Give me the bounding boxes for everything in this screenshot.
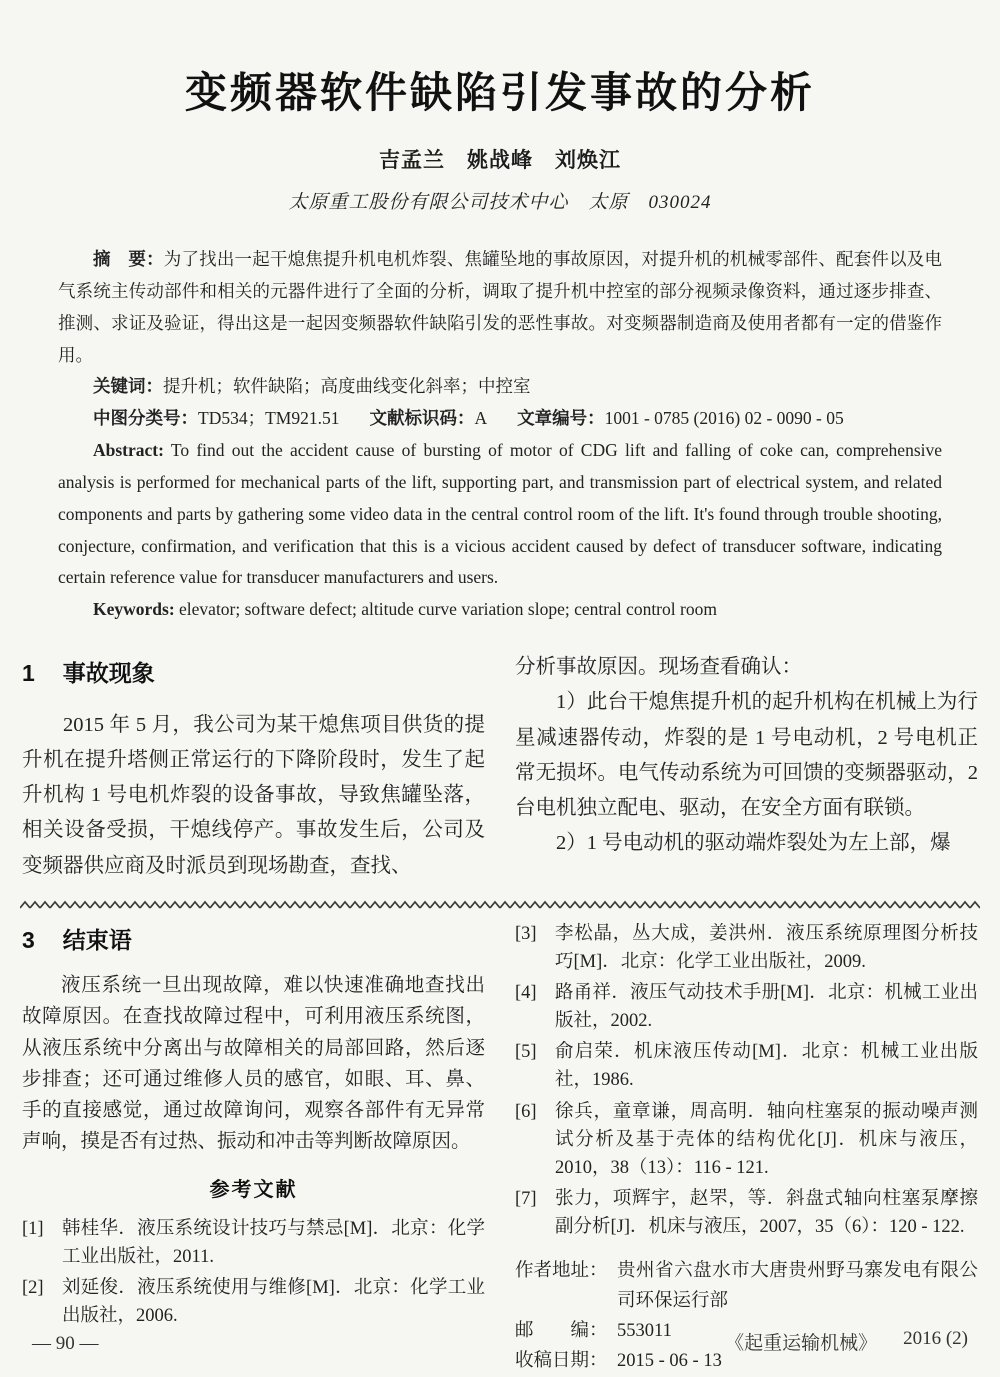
en-abstract-text: To find out the accident cause of bursti…	[58, 440, 942, 587]
en-keywords-text: elevator; software defect; altitude curv…	[179, 599, 717, 619]
reference-item: [3] 李松晶，丛大成，姜洪州．液压系统原理图分析技巧[M]．北京：化学工业出版…	[515, 920, 978, 976]
journal-page: 变频器软件缺陷引发事故的分析 吉孟兰 姚战峰 刘焕江 太原重工股份有限公司技术中…	[0, 0, 1000, 1377]
reference-text: 俞启荣．机床液压传动[M]．北京：机械工业出版社，1986.	[555, 1038, 978, 1094]
section-3-title: 结束语	[63, 922, 132, 958]
section-1-paragraph: 2015 年 5 月，我公司为某干熄焦项目供货的提升机在提升塔侧正常运行的下降阶…	[22, 708, 485, 884]
reference-item: [1] 韩桂华．液压系统设计技巧与禁忌[M]．北京：化学工业出版社，2011.	[22, 1215, 485, 1271]
continued-paragraph: 分析事故原因。现场查看确认：	[515, 650, 978, 685]
journal-issue-number: 2016 (2)	[903, 1328, 968, 1355]
keywords-text: 提升机；软件缺陷；高度曲线变化斜率；中控室	[163, 376, 531, 396]
article-title: 变频器软件缺陷引发事故的分析	[0, 0, 1000, 120]
reference-text: 徐兵，童章谦，周高明．轴向柱塞泵的振动噪声测试分析及基于壳体的结构优化[J]．机…	[555, 1098, 978, 1182]
reference-number: [4]	[515, 979, 555, 1035]
reference-number: [2]	[22, 1274, 62, 1330]
reference-number: [6]	[515, 1098, 555, 1182]
page-number: — 90 —	[32, 1333, 99, 1355]
section-1-number: 1	[22, 654, 35, 694]
journal-issue: 《起重运输机械》 2016 (2)	[725, 1328, 968, 1355]
article-no-label: 文章编号：	[517, 408, 605, 428]
lower-left-column: 3 结束语 液压系统一旦出现故障，难以快速准确地查找出故障原因。在查找故障过程中…	[22, 920, 485, 1377]
en-keywords-paragraph: Keywords: elevator; software defect; alt…	[58, 594, 942, 626]
upper-two-column-body: 1 事故现象 2015 年 5 月，我公司为某干熄焦项目供货的提升机在提升塔侧正…	[22, 650, 978, 884]
author-info-block: 作者地址： 贵州省六盘水市大唐贵州野马寨发电有限公司环保运行部 邮 编： 553…	[515, 1257, 978, 1377]
reference-text: 张力，项辉宇，赵罘，等．斜盘式轴向柱塞泵摩擦副分析[J]．机床与液压，2007，…	[555, 1185, 978, 1241]
keywords-paragraph: 关键词：提升机；软件缺陷；高度曲线变化斜率；中控室	[58, 371, 942, 403]
reference-item: [7] 张力，项辉宇，赵罘，等．斜盘式轴向柱塞泵摩擦副分析[J]．机床与液压，2…	[515, 1185, 978, 1241]
section-3-heading: 3 结束语	[22, 922, 485, 958]
reference-number: [1]	[22, 1215, 62, 1271]
author-address-value: 贵州省六盘水市大唐贵州野马寨发电有限公司环保运行部	[617, 1257, 978, 1317]
section-3-number: 3	[22, 922, 35, 958]
en-abstract-paragraph: Abstract: To find out the accident cause…	[58, 435, 942, 594]
reference-item: [4] 路甬祥．液压气动技术手册[M]．北京：机械工业出版社，2002.	[515, 979, 978, 1035]
finding-item-2: 2）1 号电动机的驱动端炸裂处为左上部，爆	[515, 826, 978, 861]
author-address-label: 作者地址：	[515, 1257, 617, 1317]
doc-code-label: 文献标识码：	[369, 408, 474, 428]
upper-left-column: 1 事故现象 2015 年 5 月，我公司为某干熄焦项目供货的提升机在提升塔侧正…	[22, 650, 485, 884]
lower-right-column: [3] 李松晶，丛大成，姜洪州．液压系统原理图分析技巧[M]．北京：化学工业出版…	[515, 920, 978, 1377]
reference-text: 路甬祥．液压气动技术手册[M]．北京：机械工业出版社，2002.	[555, 979, 978, 1035]
reference-text: 刘延俊．液压系统使用与维修[M]．北京：化学工业出版社，2006.	[62, 1274, 485, 1330]
abstract-paragraph: 摘 要：为了找出一起干熄焦提升机电机炸裂、焦罐坠地的事故原因，对提升机的机械零部…	[58, 244, 942, 371]
en-keywords-label: Keywords:	[93, 599, 175, 619]
abstract-text: 为了找出一起干熄焦提升机电机炸裂、焦罐坠地的事故原因，对提升机的机械零部件、配套…	[58, 249, 942, 365]
lower-two-column-body: 3 结束语 液压系统一旦出现故障，难以快速准确地查找出故障原因。在查找故障过程中…	[22, 920, 978, 1377]
reference-item: [2] 刘延俊．液压系统使用与维修[M]．北京：化学工业出版社，2006.	[22, 1274, 485, 1330]
reference-item: [6] 徐兵，童章谦，周高明．轴向柱塞泵的振动噪声测试分析及基于壳体的结构优化[…	[515, 1098, 978, 1182]
affiliation-line: 太原重工股份有限公司技术中心 太原 030024	[0, 187, 1000, 214]
en-abstract-label: Abstract:	[93, 440, 164, 460]
page-footer: — 90 — 《起重运输机械》 2016 (2)	[32, 1328, 968, 1355]
classification-line: 中图分类号：TD534；TM921.51文献标识码：A文章编号：1001 - 0…	[58, 403, 942, 435]
clc-value: TD534；TM921.51	[198, 408, 339, 428]
reference-number: [3]	[515, 920, 555, 976]
reference-item: [5] 俞启荣．机床液压传动[M]．北京：机械工业出版社，1986.	[515, 1038, 978, 1094]
upper-right-column: 分析事故原因。现场查看确认： 1）此台干熄焦提升机的起升机构在机械上为行星减速器…	[515, 650, 978, 884]
authors-line: 吉孟兰 姚战峰 刘焕江	[0, 144, 1000, 174]
section-3-paragraph: 液压系统一旦出现故障，难以快速准确地查找出故障原因。在查找故障过程中，可利用液压…	[22, 970, 485, 1157]
reference-text: 韩桂华．液压系统设计技巧与禁忌[M]．北京：化学工业出版社，2011.	[62, 1215, 485, 1271]
section-1-heading: 1 事故现象	[22, 654, 485, 694]
abstract-label: 摘 要：	[93, 249, 164, 269]
reference-text: 李松晶，丛大成，姜洪州．液压系统原理图分析技巧[M]．北京：化学工业出版社，20…	[555, 920, 978, 976]
meta-block: 摘 要：为了找出一起干熄焦提升机电机炸裂、焦罐坠地的事故原因，对提升机的机械零部…	[58, 244, 942, 626]
zigzag-divider	[20, 900, 980, 910]
reference-number: [5]	[515, 1038, 555, 1094]
clc-label: 中图分类号：	[93, 408, 198, 428]
section-1-title: 事故现象	[63, 654, 155, 694]
finding-item-1: 1）此台干熄焦提升机的起升机构在机械上为行星减速器传动，炸裂的是 1 号电动机，…	[515, 685, 978, 826]
author-address-row: 作者地址： 贵州省六盘水市大唐贵州野马寨发电有限公司环保运行部	[515, 1257, 978, 1317]
references-heading: 参考文献	[22, 1175, 485, 1207]
journal-name: 《起重运输机械》	[725, 1328, 877, 1355]
reference-number: [7]	[515, 1185, 555, 1241]
article-no-value: 1001 - 0785 (2016) 02 - 0090 - 05	[605, 408, 844, 428]
doc-code-value: A	[474, 408, 487, 428]
keywords-label: 关键词：	[93, 376, 163, 396]
